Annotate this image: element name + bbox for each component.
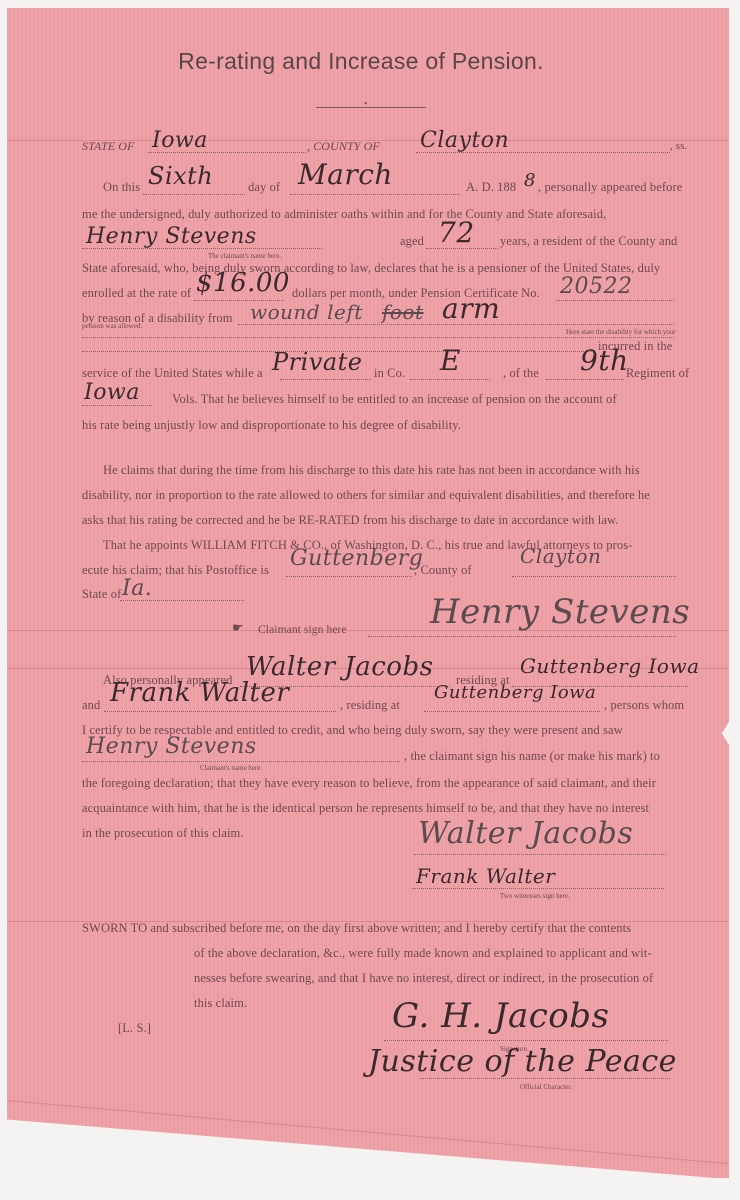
county-label: , COUNTY OF: [307, 139, 380, 154]
po-county-value[interactable]: Clayton: [520, 544, 601, 568]
disability-struck-value[interactable]: foot: [382, 300, 424, 324]
regiment-value[interactable]: 9th: [580, 344, 629, 377]
witness-line7: in the prosecution of this claim.: [82, 826, 244, 841]
witness-line6: acquaintance with him, that he is the id…: [82, 801, 649, 816]
persons-whom-label: , persons whom: [604, 698, 684, 713]
regiment-label: Regiment of: [626, 366, 689, 381]
county-value[interactable]: Clayton: [420, 128, 509, 153]
certificate-value[interactable]: 20522: [560, 274, 633, 299]
service-label: service of the United States while a: [82, 366, 263, 381]
rank-field-line: [280, 379, 370, 380]
disability-value[interactable]: wound left: [250, 300, 363, 324]
after-name-text: , the claimant sign his name (or make hi…: [404, 749, 660, 764]
year-value[interactable]: 8: [524, 170, 536, 191]
pension-allowed-caption: pension was allowed.: [82, 322, 142, 330]
company-value[interactable]: E: [440, 344, 461, 377]
postoffice-label: ecute his claim; that his Postoffice is: [82, 563, 269, 578]
and-label: and: [82, 698, 100, 713]
day-value[interactable]: Sixth: [148, 162, 213, 190]
ss-label: , ss.: [670, 140, 687, 152]
para1-last-line: his rate being unjustly low and dispropo…: [82, 418, 461, 433]
company-label: in Co.: [374, 366, 405, 381]
witness-signature-line-2: [412, 888, 664, 889]
rank-value[interactable]: Private: [272, 348, 363, 376]
po-state-label: State of: [82, 587, 121, 602]
official-signature[interactable]: G. H. Jacobs: [392, 996, 609, 1036]
official-character[interactable]: Justice of the Peace: [368, 1044, 677, 1079]
state-label: STATE OF: [82, 139, 134, 154]
ornamental-rule: [316, 107, 426, 108]
enrolled-label: enrolled at the rate of: [82, 286, 191, 301]
disability-caption: Here state the disability for which your: [566, 328, 676, 336]
age-value[interactable]: 72: [438, 216, 475, 249]
state-vols-value[interactable]: Iowa: [84, 380, 140, 405]
disability-value-2[interactable]: arm: [442, 292, 500, 325]
witness2-residence[interactable]: Guttenberg Iowa: [434, 682, 596, 703]
para2-line3: asks that his rating be corrected and he…: [82, 513, 619, 528]
po-county-field-line: [512, 576, 676, 577]
certificate-field-line: [556, 300, 674, 301]
jurat-line3: nesses before swearing, and that I have …: [194, 971, 653, 986]
ad-label: A. D. 188: [466, 180, 516, 195]
day-field-line: [143, 194, 245, 195]
vols-text: Vols. That he believes himself to be ent…: [172, 392, 617, 407]
dollars-label: dollars per month, under Pension Certifi…: [292, 286, 540, 301]
day-of-label: day of: [248, 180, 280, 195]
rate-value[interactable]: $16.00: [196, 268, 290, 298]
claimant-name-line-2: [82, 761, 400, 762]
claimant-signature[interactable]: Henry Stevens: [430, 592, 690, 632]
po-county-label: , County of: [414, 563, 472, 578]
aged-label: aged: [400, 234, 424, 249]
state-value[interactable]: Iowa: [152, 128, 208, 153]
para2-line2: disability, nor in proportion to the rat…: [82, 488, 650, 503]
para1-line2: me the undersigned, duly authorized to a…: [82, 207, 606, 222]
month-value[interactable]: March: [298, 158, 393, 191]
witness1-residence[interactable]: Guttenberg Iowa: [520, 654, 700, 678]
witness2-residence-line: [424, 711, 600, 712]
claimant-name-value[interactable]: Henry Stevens: [86, 224, 257, 249]
month-field-line: [290, 194, 460, 195]
witness2-field-line: [104, 711, 336, 712]
claimant-name-caption: The claimant's name here.: [208, 252, 281, 260]
regiment-field-line: [546, 379, 624, 380]
claimant-name-value-2[interactable]: Henry Stevens: [86, 734, 257, 759]
witness-signature-line-1: [414, 854, 666, 855]
po-state-value[interactable]: Ia.: [122, 576, 152, 601]
resident-label: years, a resident of the County and: [500, 234, 677, 249]
jurat-line4: this claim.: [194, 996, 247, 1011]
residing2-label: , residing at: [340, 698, 400, 713]
page-title: Re-rating and Increase of Pension.: [0, 48, 722, 75]
disability-field-line-2: [82, 337, 674, 338]
paper-fold: [7, 1100, 740, 1165]
pointing-hand-icon: ☛: [232, 620, 244, 636]
jurat-line1: SWORN TO and subscribed before me, on th…: [82, 921, 631, 936]
company-field-line: [410, 379, 490, 380]
official-character-caption: Official Character.: [520, 1083, 572, 1091]
witness-line5: the foregoing declaration; that they hav…: [82, 776, 656, 791]
signature-line: [384, 1040, 668, 1041]
witnesses-caption: Two witnesses sign here.: [500, 892, 570, 900]
claimant-signature-line: [368, 636, 676, 637]
witness2-name[interactable]: Frank Walter: [110, 678, 289, 708]
state-vols-field-line: [82, 405, 152, 406]
seal-label: [L. S.]: [118, 1021, 151, 1036]
postoffice-field-line: [286, 576, 412, 577]
witness1-signature[interactable]: Walter Jacobs: [418, 816, 633, 851]
of-the-label: , of the: [503, 366, 539, 381]
para2-line1: He claims that during the time from his …: [103, 463, 640, 478]
appeared-label: , personally appeared before: [538, 180, 682, 195]
postoffice-value[interactable]: Guttenberg: [290, 546, 423, 571]
witness2-signature[interactable]: Frank Walter: [416, 864, 555, 888]
jurat-line2: of the above declaration, &c., were full…: [194, 946, 652, 961]
on-this-label: On this: [103, 180, 140, 195]
claimant-sign-label: Claimant sign here: [258, 624, 347, 636]
claimant-name-caption-2: Claimant's name here.: [200, 764, 262, 772]
